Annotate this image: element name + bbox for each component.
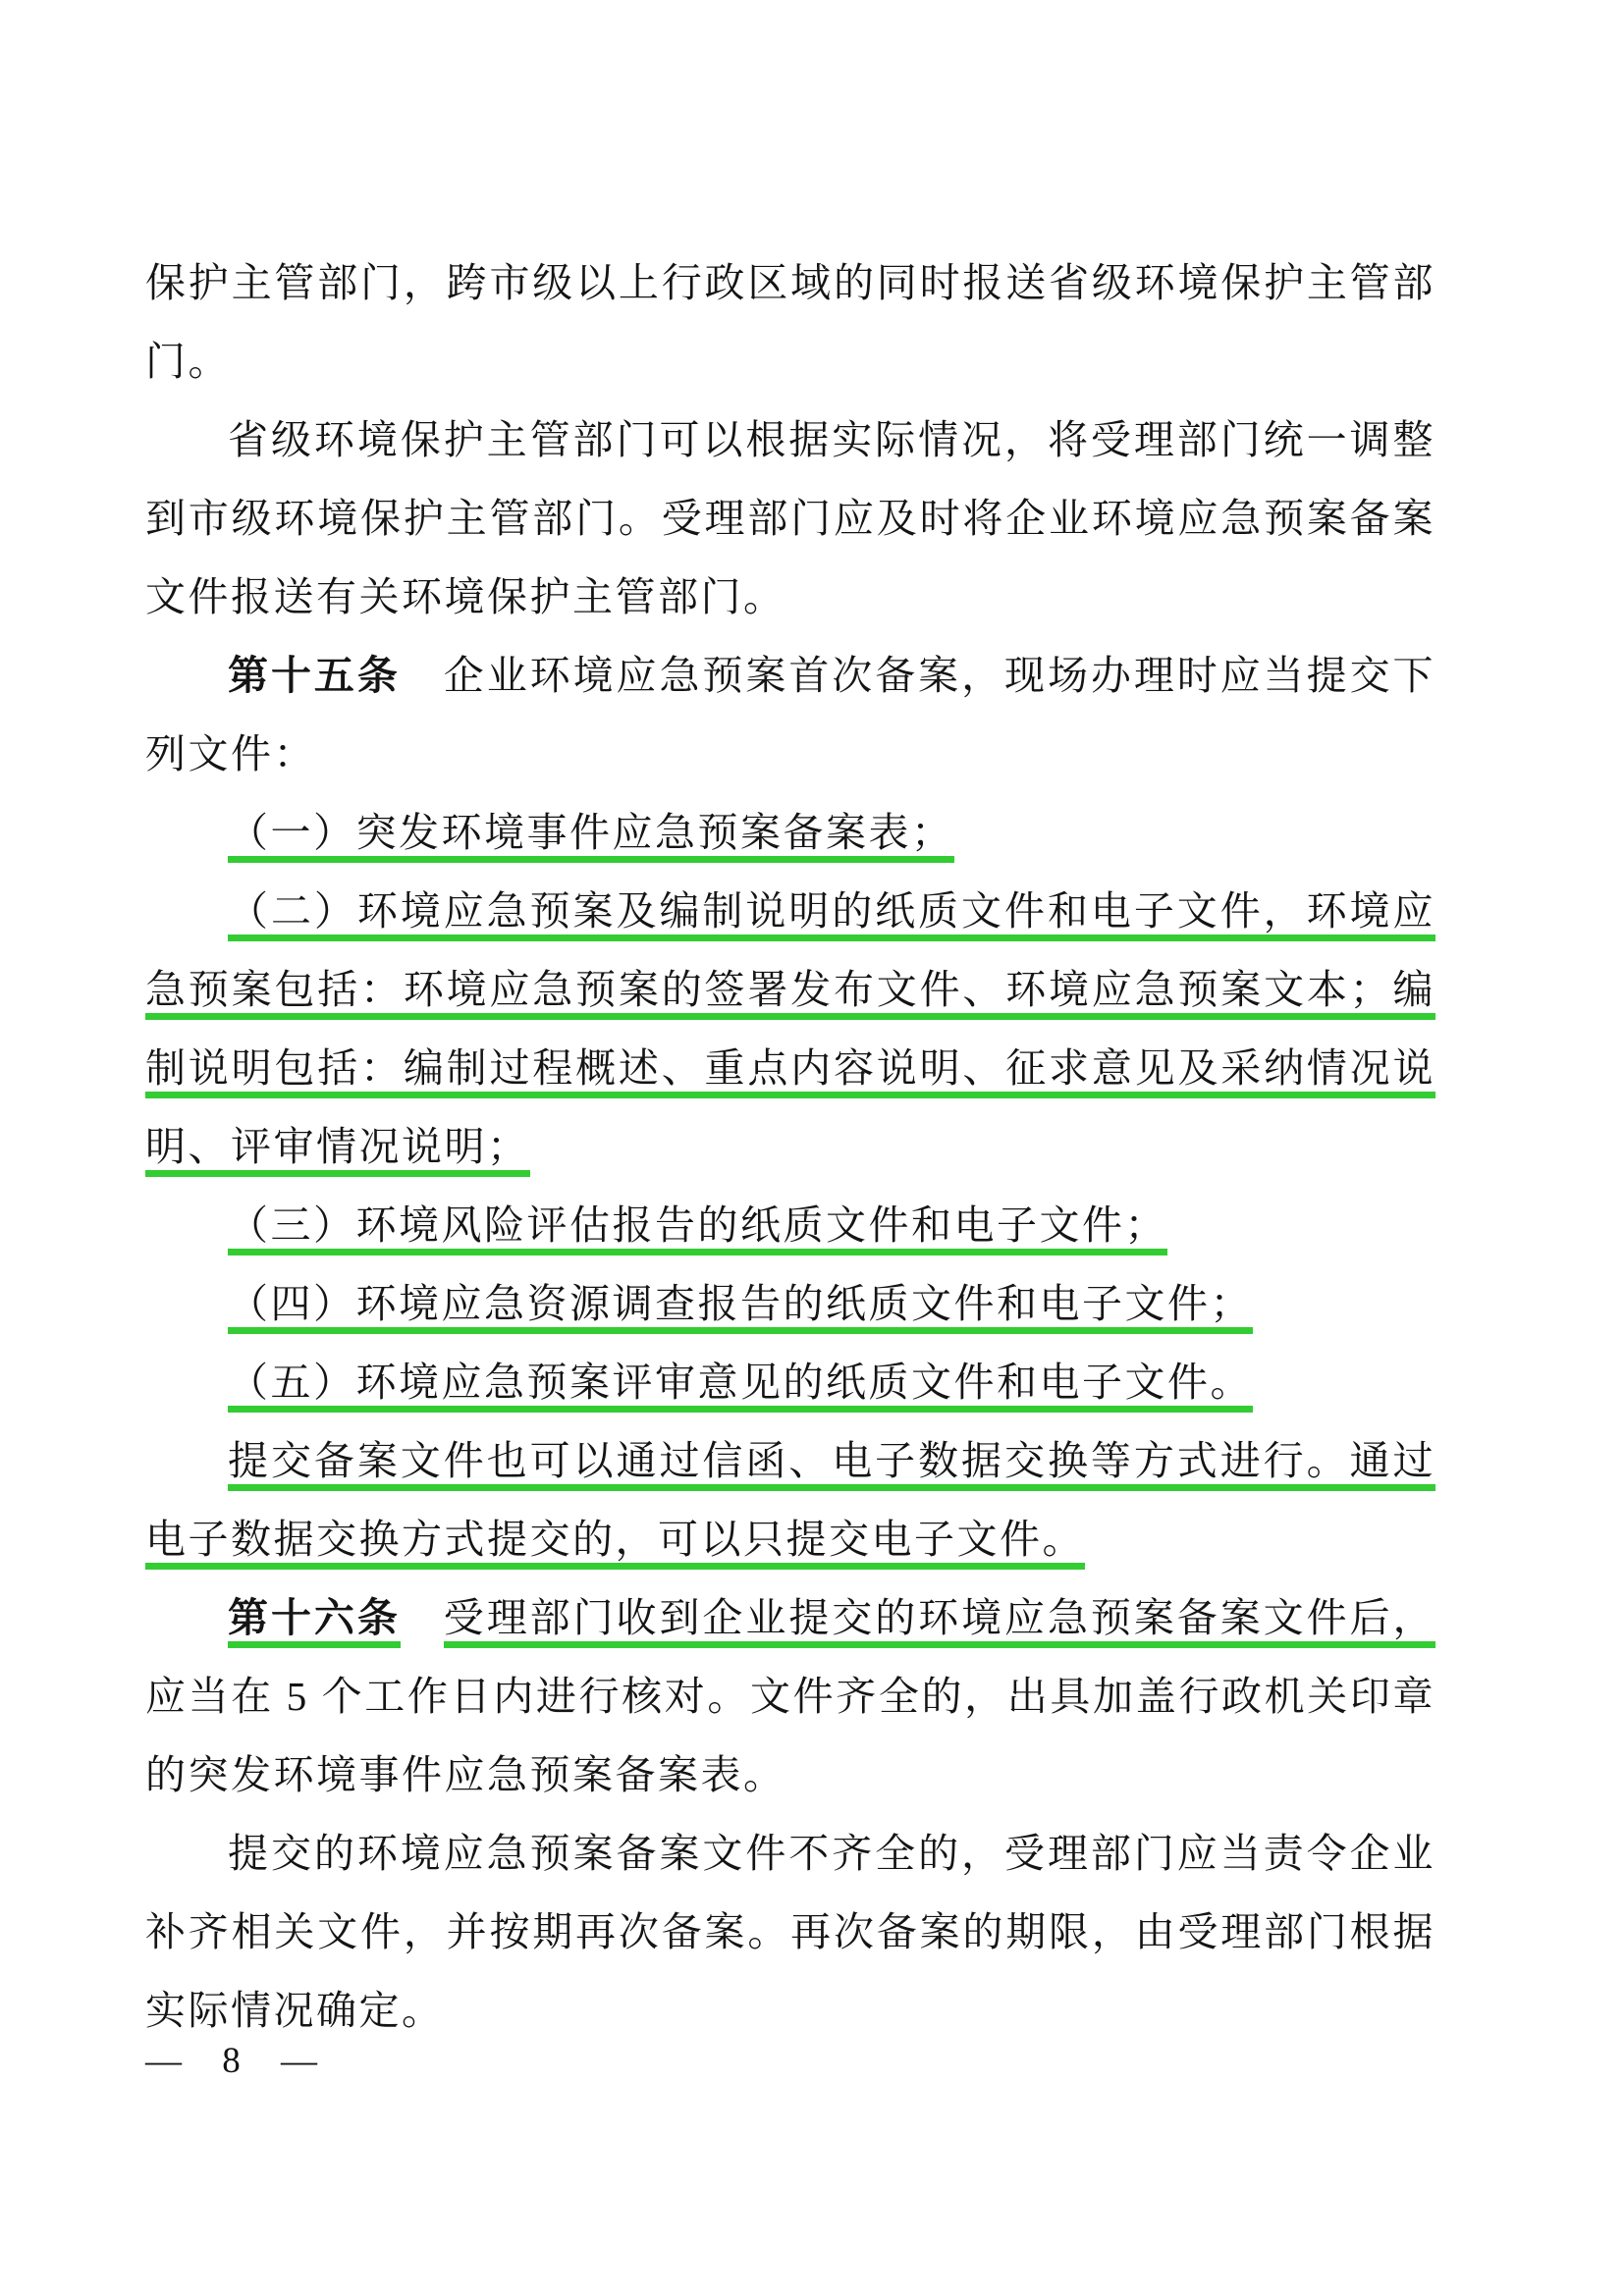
article-number: 第十六条: [228, 1595, 401, 1648]
doc-line: （三）环境风险评估报告的纸质文件和电子文件；: [145, 1186, 1435, 1264]
highlighted-text: 受理部门收到企业提交的环境应急预案备案文件后，: [444, 1595, 1435, 1648]
doc-line: 补齐相关文件，并按期再次备案。再次备案的期限，由受理部门根据: [145, 1893, 1435, 1971]
doc-line: （四）环境应急资源调查报告的纸质文件和电子文件；: [145, 1264, 1435, 1343]
highlighted-text: 提交备案文件也可以通过信函、电子数据交换等方式进行。通过: [228, 1438, 1435, 1491]
doc-line: 制说明包括：编制过程概述、重点内容说明、征求意见及采纳情况说: [145, 1029, 1435, 1107]
doc-text: 门。: [145, 339, 231, 384]
doc-text: 省级环境保护主管部门可以根据实际情况，将受理部门统一调整: [228, 417, 1435, 462]
doc-text: 到市级环境保护主管部门。受理部门应及时将企业环境应急预案备案: [145, 496, 1435, 541]
doc-line: （五）环境应急预案评审意见的纸质文件和电子文件。: [145, 1343, 1435, 1421]
doc-line: 电子数据交换方式提交的，可以只提交电子文件。: [145, 1500, 1435, 1578]
doc-line-article-15: 第十五条企业环境应急预案首次备案，现场办理时应当提交下: [145, 636, 1435, 715]
doc-line: 门。: [145, 322, 1435, 400]
doc-line: （二）环境应急预案及编制说明的纸质文件和电子文件，环境应: [145, 872, 1435, 950]
doc-text: 提交的环境应急预案备案文件不齐全的，受理部门应当责令企业: [228, 1831, 1435, 1876]
highlighted-text: （四）环境应急资源调查报告的纸质文件和电子文件；: [228, 1281, 1253, 1334]
doc-line: 列文件：: [145, 715, 1435, 793]
highlighted-text: （二）环境应急预案及编制说明的纸质文件和电子文件，环境应: [228, 888, 1435, 941]
doc-line: 提交的环境应急预案备案文件不齐全的，受理部门应当责令企业: [145, 1814, 1435, 1893]
doc-line-article-16: 第十六条受理部门收到企业提交的环境应急预案备案文件后，: [145, 1578, 1435, 1657]
doc-text: 补齐相关文件，并按期再次备案。再次备案的期限，由受理部门根据: [145, 1909, 1435, 1954]
doc-text: 保护主管部门，跨市级以上行政区域的同时报送省级环境保护主管部: [145, 260, 1435, 305]
doc-text: 应当在 5 个工作日内进行核对。文件齐全的，出具加盖行政机关印章: [145, 1674, 1435, 1719]
doc-line: 省级环境保护主管部门可以根据实际情况，将受理部门统一调整: [145, 400, 1435, 479]
highlighted-text: 明、评审情况说明；: [145, 1124, 530, 1177]
highlighted-text: 急预案包括：环境应急预案的签署发布文件、环境应急预案文本；编: [145, 967, 1435, 1020]
doc-line: 提交备案文件也可以通过信函、电子数据交换等方式进行。通过: [145, 1421, 1435, 1500]
doc-line: 文件报送有关环境保护主管部门。: [145, 558, 1435, 636]
doc-text: 的突发环境事件应急预案备案表。: [145, 1752, 786, 1797]
doc-text: 列文件：: [145, 731, 316, 776]
footer-page-number: — 8 —: [145, 2032, 333, 2091]
document-page: 保护主管部门，跨市级以上行政区域的同时报送省级环境保护主管部 门。 省级环境保护…: [0, 0, 1624, 2296]
doc-line: 急预案包括：环境应急预案的签署发布文件、环境应急预案文本；编: [145, 950, 1435, 1029]
doc-line: 应当在 5 个工作日内进行核对。文件齐全的，出具加盖行政机关印章: [145, 1657, 1435, 1735]
highlighted-text: （五）环境应急预案评审意见的纸质文件和电子文件。: [228, 1360, 1253, 1413]
document-body: 保护主管部门，跨市级以上行政区域的同时报送省级环境保护主管部 门。 省级环境保护…: [145, 243, 1435, 2050]
doc-text: 文件报送有关环境保护主管部门。: [145, 574, 786, 619]
doc-line: 实际情况确定。: [145, 1971, 1435, 2050]
doc-line: 的突发环境事件应急预案备案表。: [145, 1735, 1435, 1814]
doc-line: 明、评审情况说明；: [145, 1107, 1435, 1186]
article-number: 第十五条: [228, 653, 401, 698]
doc-text: 企业环境应急预案首次备案，现场办理时应当提交下: [444, 653, 1435, 698]
doc-line: 保护主管部门，跨市级以上行政区域的同时报送省级环境保护主管部: [145, 243, 1435, 322]
doc-text: 实际情况确定。: [145, 1988, 445, 2033]
highlighted-text: （三）环境风险评估报告的纸质文件和电子文件；: [228, 1202, 1167, 1255]
doc-line: 到市级环境保护主管部门。受理部门应及时将企业环境应急预案备案: [145, 479, 1435, 558]
doc-line: （一）突发环境事件应急预案备案表；: [145, 793, 1435, 872]
highlighted-text: （一）突发环境事件应急预案备案表；: [228, 810, 954, 863]
highlighted-text: 制说明包括：编制过程概述、重点内容说明、征求意见及采纳情况说: [145, 1045, 1435, 1098]
highlighted-text: 电子数据交换方式提交的，可以只提交电子文件。: [145, 1517, 1085, 1570]
